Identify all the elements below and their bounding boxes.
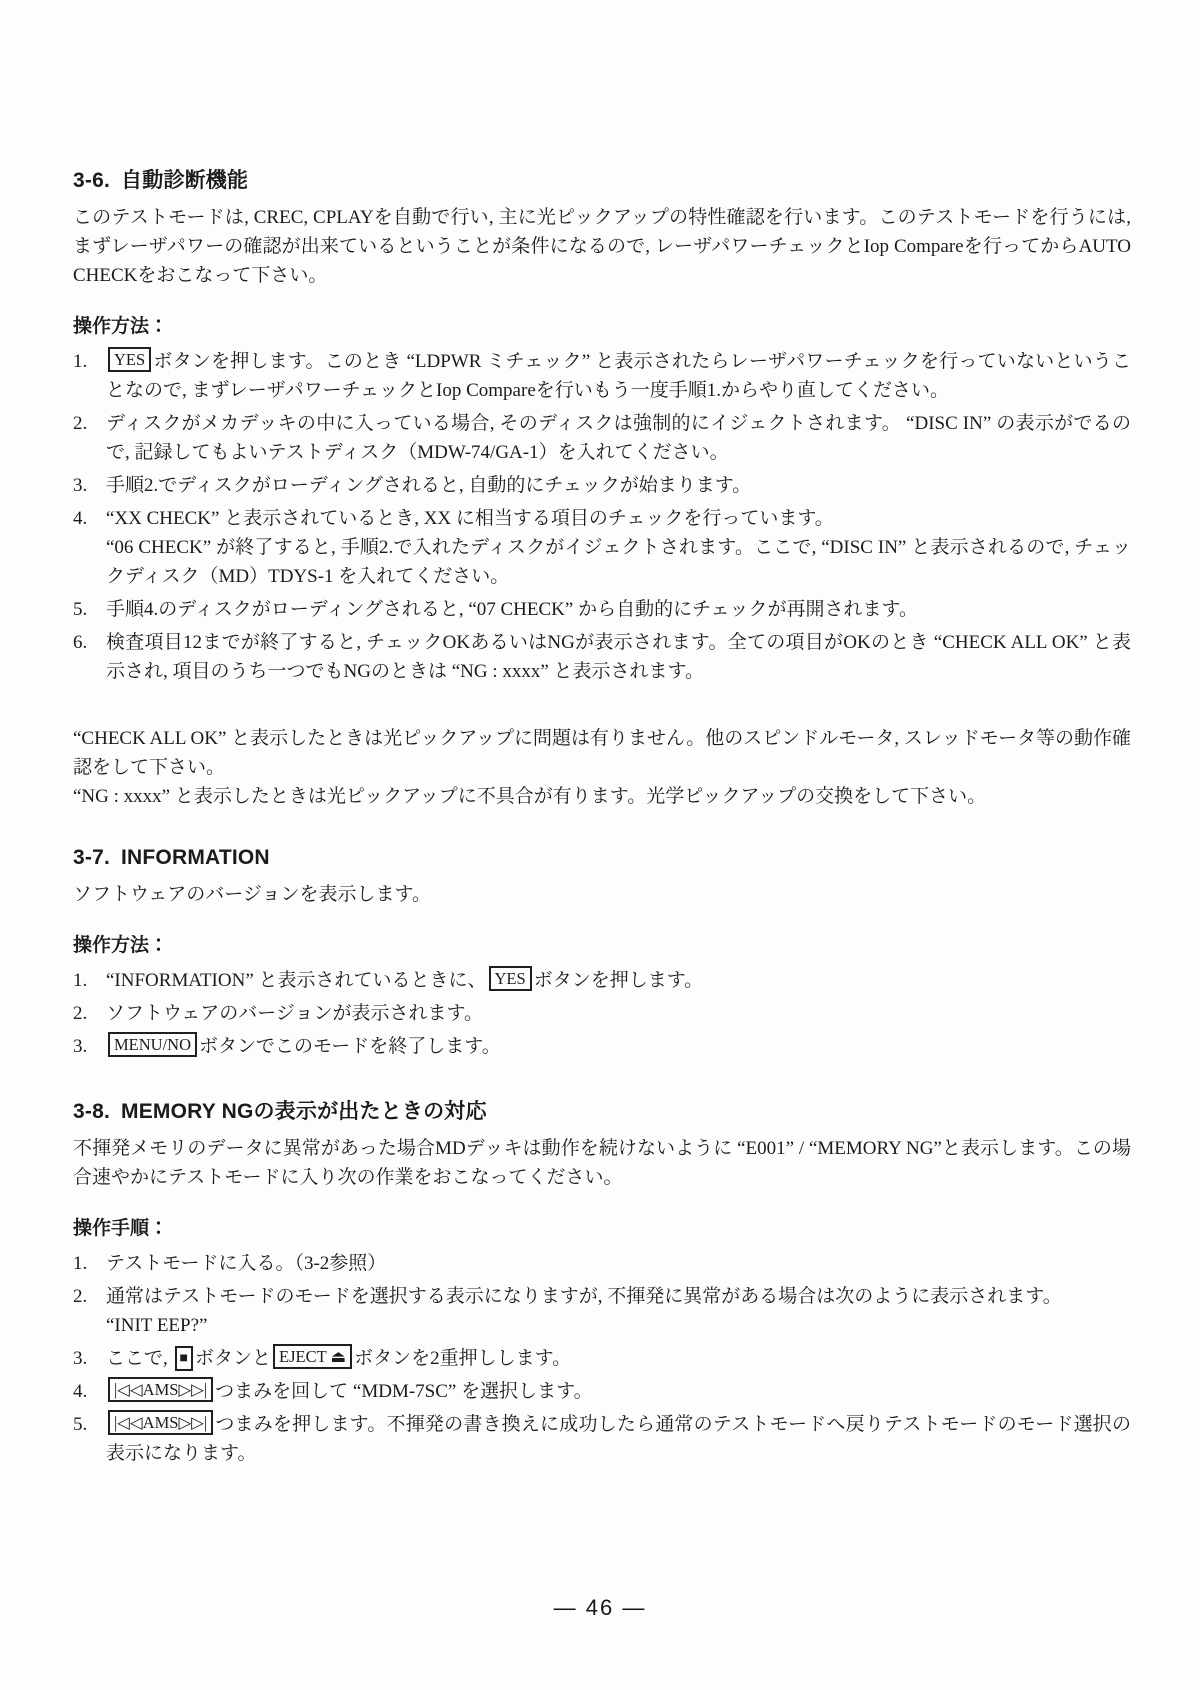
page-number: — 46 — [0,1595,1200,1621]
step-body: |◁◁AMS▷▷|つまみを回して “MDM-7SC” を選択します。 [106,1377,1131,1406]
step-4: 4. “XX CHECK” と表示されているとき, XX に相当する項目のチェッ… [73,504,1131,591]
ams-knob-label: |◁◁AMS▷▷| [108,1377,213,1402]
scanned-manual-page: 3-6.自動診断機能 このテストモードは, CREC, CPLAYを自動で行い,… [0,0,1200,1690]
step-text: 手順2.でディスクがローディングされると, 自動的にチェックが始まります。 [106,475,751,496]
step-body: 手順2.でディスクがローディングされると, 自動的にチェックが始まります。 [106,471,1131,500]
step-body: テストモードに入る。（3-2参照） [106,1249,1131,1278]
section-3-8: 3-8.MEMORY NGの表示が出たときの対応 不揮発メモリのデータに異常があ… [73,1099,1131,1468]
step-text: ボタンを押します。このとき “LDPWR ミチェック” と表示されたらレーザパワ… [106,351,1131,401]
step-number: 4. [73,504,106,591]
step-body: 通常はテストモードのモードを選択する表示になりますが, 不揮発に異常がある場合は… [106,1282,1131,1340]
section-3-8-steps: 1. テストモードに入る。（3-2参照） 2. 通常はテストモードのモードを選択… [73,1249,1131,1468]
step-body: 検査項目12までが終了すると, チェックOKあるいはNGが表示されます。全ての項… [106,628,1131,686]
yes-button-label: YES [108,347,151,372]
step-3: 3. MENU/NOボタンでこのモードを終了します。 [73,1032,1131,1061]
section-title: INFORMATION [121,846,270,869]
step-text: ディスクがメカデッキの中に入っている場合, そのディスクは強制的にイジェクトされ… [106,413,1131,463]
step-body: |◁◁AMS▷▷|つまみを押します。不揮発の書き換えに成功したら通常のテストモー… [106,1410,1131,1468]
step-number: 2. [73,409,106,467]
step-text: “INFORMATION” と表示されているときに、 [106,970,487,991]
page-content: 3-6.自動診断機能 このテストモードは, CREC, CPLAYを自動で行い,… [73,168,1131,1472]
step-4: 4. |◁◁AMS▷▷|つまみを回して “MDM-7SC” を選択します。 [73,1377,1131,1406]
section-3-7: 3-7.INFORMATION ソフトウェアのバージョンを表示します。 操作方法… [73,845,1131,1061]
step-body: ここで, ■ボタンとEJECT ⏏ボタンを2重押しします。 [106,1344,1131,1373]
step-number: 3. [73,471,106,500]
step-text: 通常はテストモードのモードを選択する表示になりますが, 不揮発に異常がある場合は… [106,1282,1131,1311]
step-text: ソフトウェアのバージョンが表示されます。 [106,1003,483,1024]
step-text: 手順4.のディスクがローディングされると, “07 CHECK” から自動的にチ… [106,599,918,620]
step-2: 2. ディスクがメカデッキの中に入っている場合, そのディスクは強制的にイジェク… [73,409,1131,467]
step-text: ここで, [106,1348,173,1369]
step-5: 5. |◁◁AMS▷▷|つまみを押します。不揮発の書き換えに成功したら通常のテス… [73,1410,1131,1468]
step-text: ボタンを2重押しします。 [354,1348,571,1369]
step-2: 2. 通常はテストモードのモードを選択する表示になりますが, 不揮発に異常がある… [73,1282,1131,1340]
step-text: ボタンを押します。 [534,970,703,991]
step-body: ソフトウェアのバージョンが表示されます。 [106,999,1131,1028]
step-text-continued: “06 CHECK” が終了すると, 手順2.で入れたディスクがイジェクトされま… [106,533,1131,591]
step-1: 1. テストモードに入る。（3-2参照） [73,1249,1131,1278]
step-1: 1. YESボタンを押します。このとき “LDPWR ミチェック” と表示された… [73,347,1131,405]
eject-button-label: EJECT ⏏ [273,1344,352,1369]
section-3-8-intro: 不揮発メモリのデータに異常があった場合MDデッキは動作を続けないように “E00… [73,1134,1131,1192]
step-body: ディスクがメカデッキの中に入っている場合, そのディスクは強制的にイジェクトされ… [106,409,1131,467]
stop-button-label: ■ [175,1346,193,1371]
section-3-7-intro: ソフトウェアのバージョンを表示します。 [73,880,1131,909]
section-3-8-heading: 3-8.MEMORY NGの表示が出たときの対応 [73,1099,1131,1125]
step-text: 検査項目12までが終了すると, チェックOKあるいはNGが表示されます。全ての項… [106,632,1131,682]
step-number: 5. [73,595,106,624]
menu-no-button-label: MENU/NO [108,1032,197,1057]
section-title: 自動診断機能 [121,169,248,192]
step-body: 手順4.のディスクがローディングされると, “07 CHECK” から自動的にチ… [106,595,1131,624]
section-3-7-heading: 3-7.INFORMATION [73,845,1131,871]
step-number: 4. [73,1377,106,1406]
step-6: 6. 検査項目12までが終了すると, チェックOKあるいはNGが表示されます。全… [73,628,1131,686]
step-number: 1. [73,966,106,995]
ams-knob-label: |◁◁AMS▷▷| [108,1410,213,1435]
step-body: “XX CHECK” と表示されているとき, XX に相当する項目のチェックを行… [106,504,1131,591]
step-1: 1. “INFORMATION” と表示されているときに、YESボタンを押します… [73,966,1131,995]
ops-procedure-label: 操作手順： [73,1216,1131,1242]
section-number: 3-7. [73,845,121,871]
result-ok-note: “CHECK ALL OK” と表示したときは光ピックアップに問題は有りません。… [73,724,1131,782]
step-number: 3. [73,1344,106,1373]
section-3-6-heading: 3-6.自動診断機能 [73,168,1131,194]
step-body: “INFORMATION” と表示されているときに、YESボタンを押します。 [106,966,1131,995]
step-text: つまみを押します。不揮発の書き換えに成功したら通常のテストモードへ戻りテストモー… [106,1414,1131,1464]
step-number: 1. [73,347,106,405]
section-3-7-steps: 1. “INFORMATION” と表示されているときに、YESボタンを押します… [73,966,1131,1061]
yes-button-label: YES [489,966,532,991]
ops-method-label: 操作方法： [73,314,1131,340]
step-number: 2. [73,999,106,1028]
step-text: テストモードに入る。（3-2参照） [106,1253,386,1274]
step-number: 6. [73,628,106,686]
step-body: YESボタンを押します。このとき “LDPWR ミチェック” と表示されたらレー… [106,347,1131,405]
step-number: 2. [73,1282,106,1340]
step-text: ボタンと [195,1348,271,1369]
step-text: “XX CHECK” と表示されているとき, XX に相当する項目のチェックを行… [106,504,1131,533]
step-text: つまみを回して “MDM-7SC” を選択します。 [215,1381,592,1402]
section-number: 3-6. [73,168,121,194]
step-3: 3. 手順2.でディスクがローディングされると, 自動的にチェックが始まります。 [73,471,1131,500]
step-number: 3. [73,1032,106,1061]
step-number: 1. [73,1249,106,1278]
ops-method-label: 操作方法： [73,933,1131,959]
step-text: ボタンでこのモードを終了します。 [199,1036,501,1057]
section-3-6: 3-6.自動診断機能 このテストモードは, CREC, CPLAYを自動で行い,… [73,168,1131,811]
step-body: MENU/NOボタンでこのモードを終了します。 [106,1032,1131,1061]
step-3: 3. ここで, ■ボタンとEJECT ⏏ボタンを2重押しします。 [73,1344,1131,1373]
step-2: 2. ソフトウェアのバージョンが表示されます。 [73,999,1131,1028]
step-5: 5. 手順4.のディスクがローディングされると, “07 CHECK” から自動… [73,595,1131,624]
section-3-6-steps: 1. YESボタンを押します。このとき “LDPWR ミチェック” と表示された… [73,347,1131,686]
section-number: 3-8. [73,1099,121,1125]
section-title: MEMORY NGの表示が出たときの対応 [121,1100,487,1123]
section-3-6-intro: このテストモードは, CREC, CPLAYを自動で行い, 主に光ピックアップの… [73,203,1131,290]
display-message: “INIT EEP?” [106,1311,1131,1340]
result-ng-note: “NG : xxxx” と表示したときは光ピックアップに不具合が有ります。光学ピ… [73,782,1131,811]
step-number: 5. [73,1410,106,1468]
